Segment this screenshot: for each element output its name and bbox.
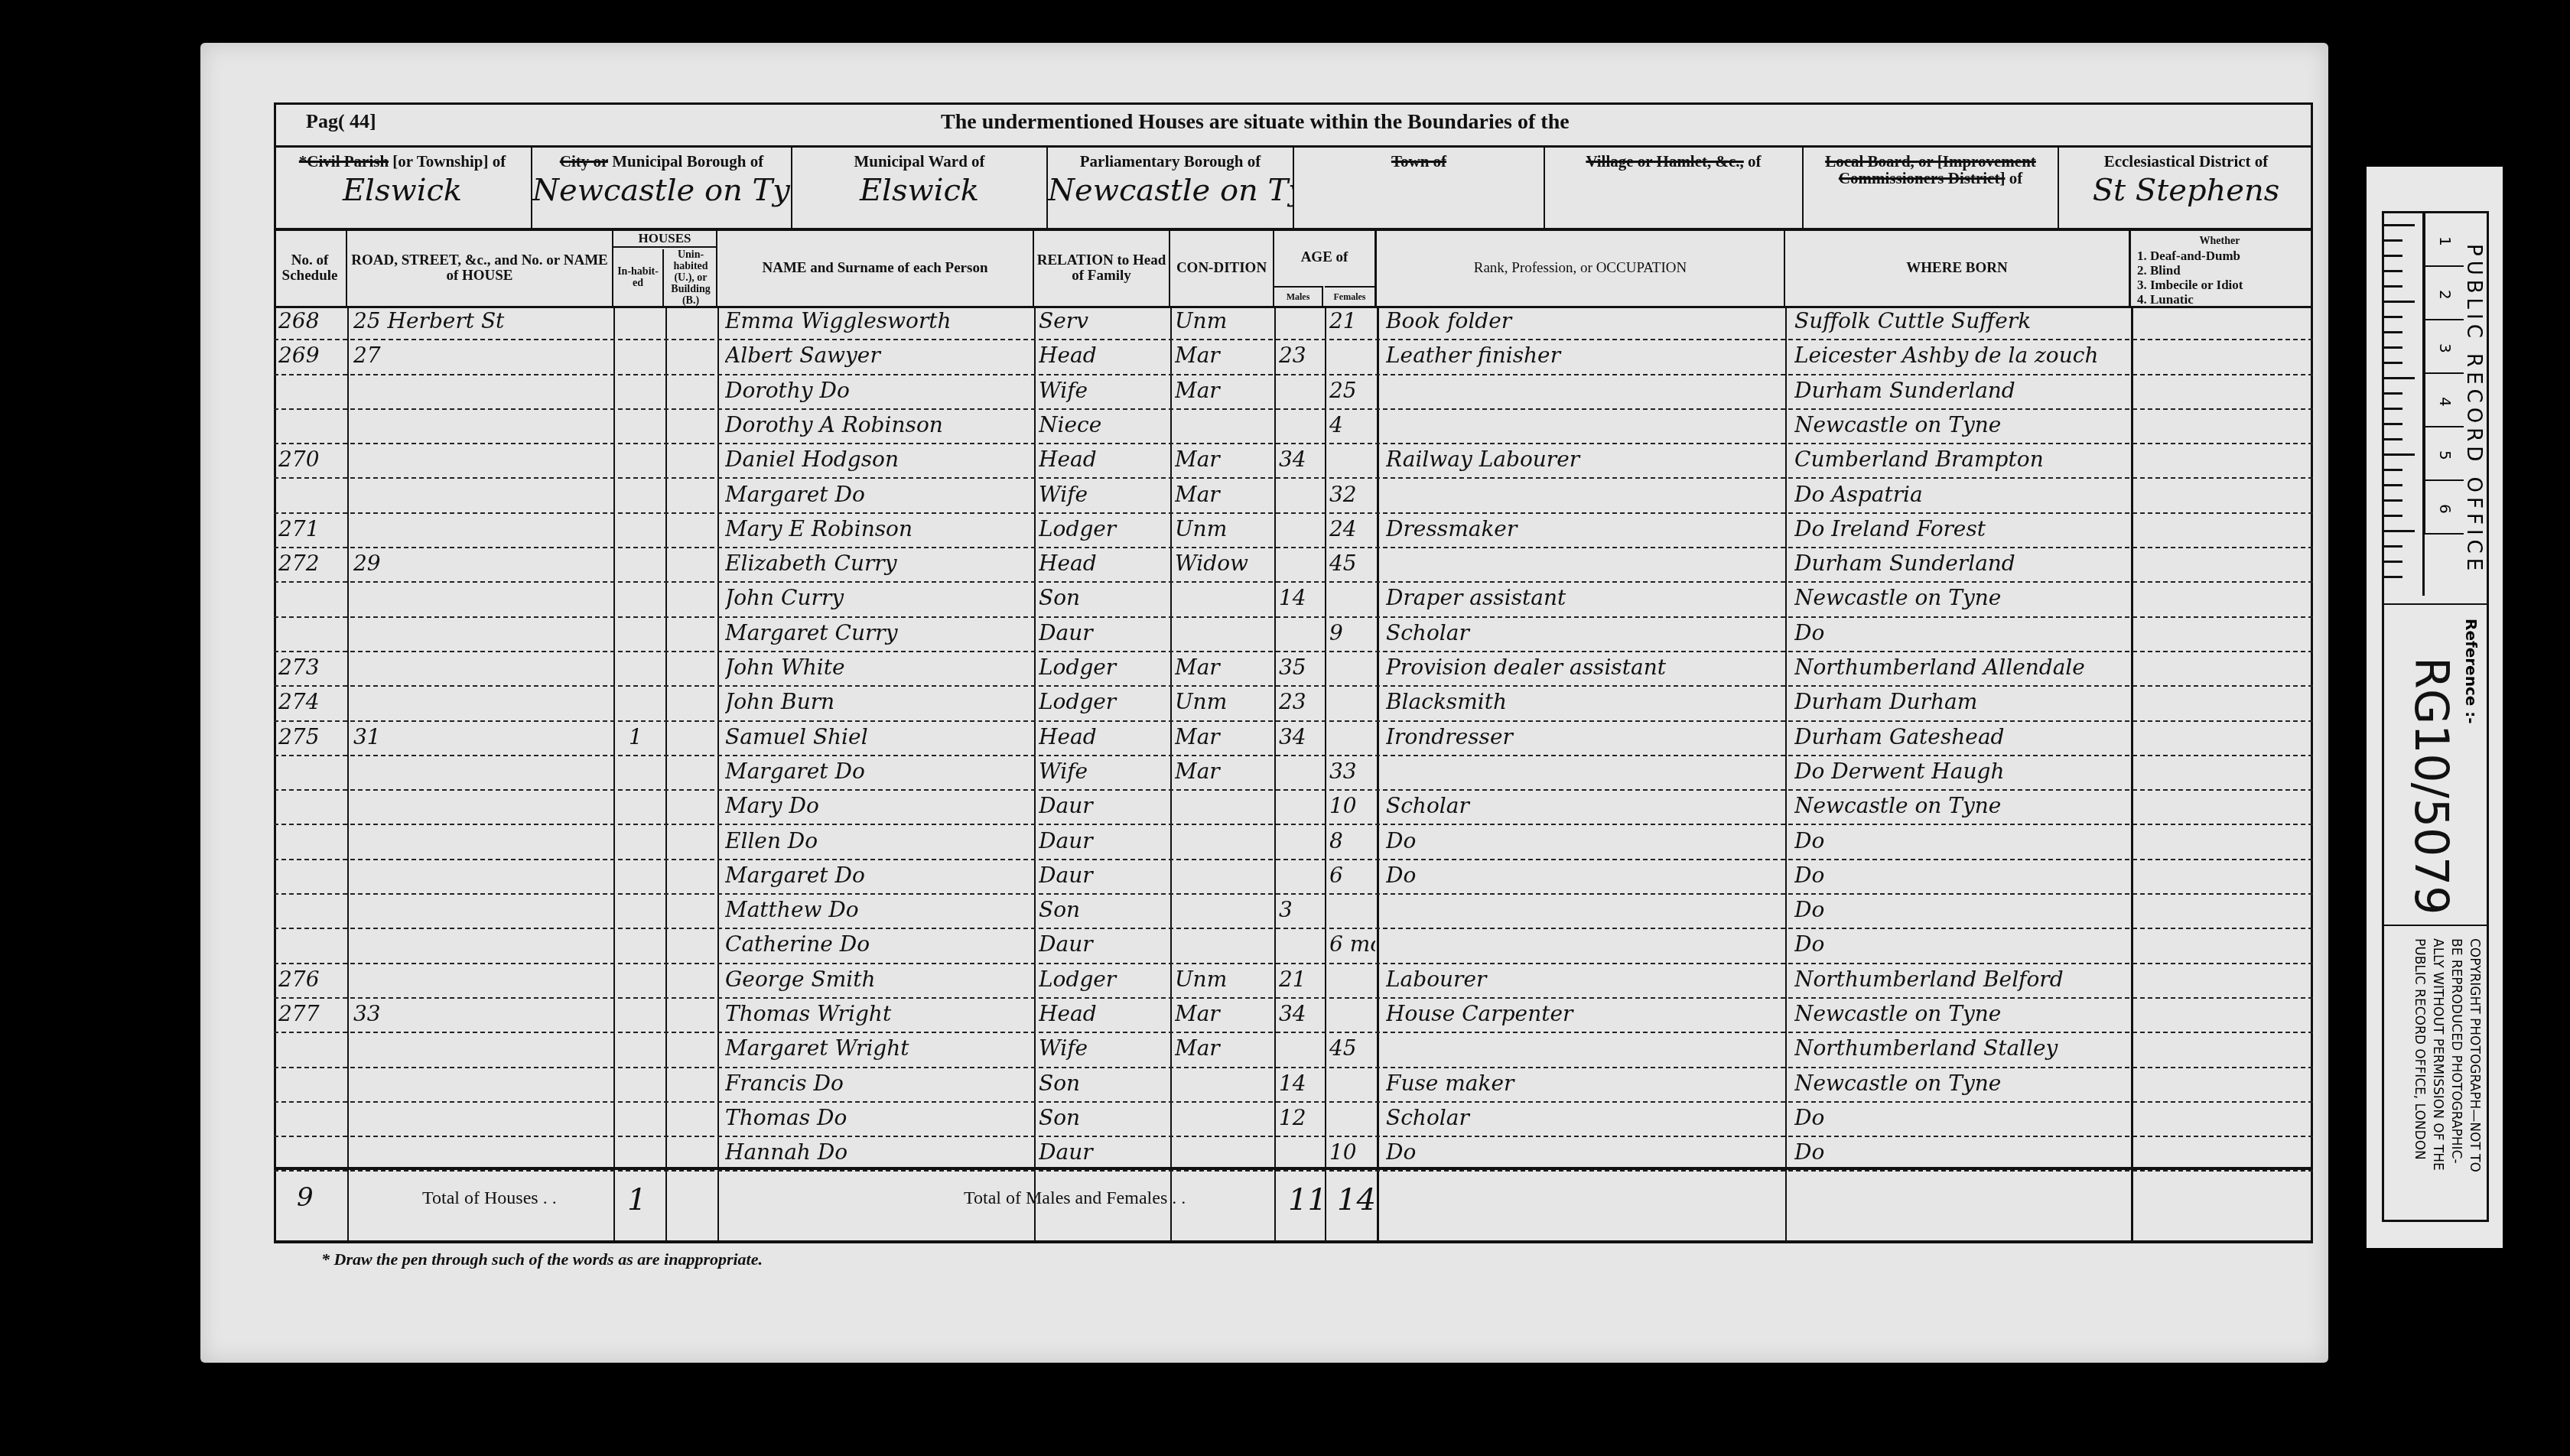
row-road <box>353 1104 613 1132</box>
row-schedule: 272 <box>278 550 347 577</box>
row-male-age <box>1279 1139 1325 1166</box>
row-relation: Daur <box>1039 862 1169 889</box>
boundary-label-text: Municipal Ward of <box>854 152 984 171</box>
row-occupation: Draper assistant <box>1386 584 1784 612</box>
boundary-label: Town of <box>1294 153 1544 170</box>
row-name: Hannah Do <box>725 1139 1031 1166</box>
row-name: Ellen Do <box>725 827 1031 855</box>
row-schedule <box>278 1139 347 1166</box>
row-road <box>353 1035 613 1062</box>
row-name: Elizabeth Curry <box>725 550 1031 577</box>
row-schedule <box>278 1035 347 1062</box>
row-female-age <box>1329 1104 1375 1132</box>
row-male-age: 23 <box>1279 342 1325 369</box>
row-name: Margaret Wright <box>725 1035 1031 1062</box>
row-relation: Daur <box>1039 931 1169 958</box>
row-condition <box>1175 792 1273 820</box>
row-female-age <box>1329 1070 1375 1097</box>
row-male-age <box>1279 515 1325 543</box>
row-inhabited <box>629 1070 675 1097</box>
row-name: Mary E Robinson <box>725 515 1031 543</box>
row-schedule: 269 <box>278 342 347 369</box>
table-row: Thomas DoSon12ScholarDo <box>274 1103 2313 1137</box>
row-where-born: Northumberland Stalley <box>1794 1035 2123 1062</box>
row-name: John White <box>725 654 1031 681</box>
row-inhabited: 1 <box>629 723 675 751</box>
page-number: Pag( 44] <box>306 110 376 133</box>
row-road <box>353 411 613 439</box>
row-female-age: 32 <box>1329 481 1375 509</box>
row-name: George Smith <box>725 966 1031 993</box>
row-female-age: 25 <box>1329 377 1375 405</box>
row-female-age <box>1329 654 1375 681</box>
copyright-line: COPYRIGHT PHOTOGRAPH—NOT TO <box>2467 938 2482 1172</box>
table-row: 275311Samuel ShielHeadMar34IrondresserDu… <box>274 722 2313 756</box>
archive-strip-frame: 123456 PUBLIC RECORD OFFICE Reference :-… <box>2382 211 2489 1222</box>
table-row: 276George SmithLodgerUnm21LabourerNorthu… <box>274 964 2313 999</box>
ruler-tick <box>2384 301 2415 303</box>
row-condition: Unm <box>1175 515 1273 543</box>
row-relation: Wife <box>1039 481 1169 509</box>
row-occupation <box>1386 896 1784 924</box>
table-row: 27229Elizabeth CurryHeadWidow45Durham Su… <box>274 548 2313 583</box>
row-female-age: 45 <box>1329 1035 1375 1062</box>
row-male-age: 35 <box>1279 654 1325 681</box>
row-where-born: Northumberland Belford <box>1794 966 2123 993</box>
row-name: John Curry <box>725 584 1031 612</box>
header-females: Females <box>1325 286 1374 306</box>
row-condition: Mar <box>1175 481 1273 509</box>
infirmity-option: 1. Deaf-and-Dumb <box>2137 249 2240 263</box>
row-condition: Mar <box>1175 446 1273 473</box>
row-inhabited <box>629 411 675 439</box>
row-where-born: Do Ireland Forest <box>1794 515 2123 543</box>
row-male-age <box>1279 758 1325 785</box>
boundary-value: St Stephens <box>2059 173 2313 208</box>
row-male-age <box>1279 862 1325 889</box>
row-female-age: 45 <box>1329 550 1375 577</box>
row-occupation <box>1386 377 1784 405</box>
ruler-tick <box>2384 239 2402 242</box>
row-condition: Widow <box>1175 550 1273 577</box>
row-relation: Head <box>1039 723 1169 751</box>
row-name: John Burn <box>725 688 1031 716</box>
row-schedule <box>278 896 347 924</box>
ruler-tick <box>2384 408 2402 410</box>
scale-box: 5 <box>2424 427 2464 481</box>
boundary-label-text: Municipal Borough of <box>612 152 763 171</box>
table-row: Margaret WrightWifeMar45Northumberland S… <box>274 1033 2313 1068</box>
row-occupation: Labourer <box>1386 966 1784 993</box>
boundary-value: Newcastle on Tyne <box>1048 173 1293 208</box>
scale-box: 6 <box>2424 481 2464 535</box>
header-occupation: Rank, Profession, or OCCUPATION <box>1377 231 1785 306</box>
row-relation: Son <box>1039 584 1169 612</box>
row-male-age <box>1279 1035 1325 1062</box>
row-where-born: Do <box>1794 1139 2123 1166</box>
row-female-age <box>1329 1000 1375 1028</box>
row-female-age <box>1329 584 1375 612</box>
row-name: Mary Do <box>725 792 1031 820</box>
boundary-label-struck: Village or Hamlet, &c., <box>1586 152 1743 171</box>
row-occupation <box>1386 481 1784 509</box>
table-row: John CurrySon14Draper assistantNewcastle… <box>274 583 2313 617</box>
row-road <box>353 481 613 509</box>
copyright-line: PUBLIC RECORD OFFICE, LONDON <box>2412 938 2427 1160</box>
row-female-age: 10 <box>1329 792 1375 820</box>
header-age-group: AGE of Males Females <box>1274 231 1377 306</box>
ruler-tick <box>2384 377 2415 379</box>
infirmity-option: 4. Lunatic <box>2137 292 2194 307</box>
row-where-born: Newcastle on Tyne <box>1794 1000 2123 1028</box>
row-occupation: Provision dealer assistant <box>1386 654 1784 681</box>
row-road: 27 <box>353 342 613 369</box>
row-occupation: Dressmaker <box>1386 515 1784 543</box>
row-relation: Daur <box>1039 792 1169 820</box>
boundary-label-text: of <box>1748 152 1762 171</box>
row-name: Albert Sawyer <box>725 342 1031 369</box>
total-persons-label: Total of Males and Females . . <box>964 1188 1186 1209</box>
ruler-tick <box>2384 576 2402 578</box>
header-inhabited: In-habit-ed <box>613 249 664 306</box>
header-relation: RELATION to Head of Family <box>1034 231 1170 306</box>
row-name: Catherine Do <box>725 931 1031 958</box>
row-road: 29 <box>353 550 613 577</box>
table-row: Margaret DoDaur6DoDo <box>274 860 2313 895</box>
row-inhabited <box>629 584 675 612</box>
row-occupation: Leather finisher <box>1386 342 1784 369</box>
row-relation: Lodger <box>1039 688 1169 716</box>
row-road <box>353 862 613 889</box>
row-male-age: 12 <box>1279 1104 1325 1132</box>
row-where-born: Do <box>1794 827 2123 855</box>
ruler-tick <box>2384 453 2415 456</box>
row-female-age <box>1329 342 1375 369</box>
header-condition: CON-DITION <box>1170 231 1274 306</box>
row-road <box>353 931 613 958</box>
row-where-born: Do Aspatria <box>1794 481 2123 509</box>
row-relation: Niece <box>1039 411 1169 439</box>
divider <box>2384 925 2487 926</box>
row-name: Thomas Wright <box>725 1000 1031 1028</box>
corner-mark: 9 <box>297 1182 314 1213</box>
total-males: 11 <box>1288 1182 1327 1217</box>
row-road <box>353 827 613 855</box>
ruler-tick <box>2384 392 2402 395</box>
boundary-cell: Village or Hamlet, &c., of <box>1545 147 1804 229</box>
row-schedule <box>278 792 347 820</box>
row-male-age <box>1279 792 1325 820</box>
row-relation: Lodger <box>1039 966 1169 993</box>
row-male-age <box>1279 619 1325 647</box>
boundary-label-text: Parliamentary Borough of <box>1080 152 1261 171</box>
row-occupation: Railway Labourer <box>1386 446 1784 473</box>
row-condition: Mar <box>1175 723 1273 751</box>
row-condition <box>1175 896 1273 924</box>
row-schedule: 276 <box>278 966 347 993</box>
table-row: Francis DoSon14Fuse makerNewcastle on Ty… <box>274 1068 2313 1103</box>
row-inhabited <box>629 550 675 577</box>
row-schedule <box>278 862 347 889</box>
row-male-age: 21 <box>1279 966 1325 993</box>
row-condition <box>1175 1104 1273 1132</box>
row-where-born: Leicester Ashby de la zouch <box>1794 342 2123 369</box>
boundary-cell: Parliamentary Borough ofNewcastle on Tyn… <box>1048 147 1294 229</box>
reference-value: RG10/5079 <box>2404 657 2458 915</box>
ruler-tick <box>2384 316 2402 318</box>
row-where-born: Do <box>1794 931 2123 958</box>
scale-number: 3 <box>2436 343 2455 353</box>
boundary-label-struck: Local Board, or [Improvement Commissione… <box>1825 152 2036 187</box>
row-inhabited <box>629 1139 675 1166</box>
row-female-age <box>1329 896 1375 924</box>
row-road: 25 Herbert St <box>353 307 613 335</box>
table-header: No. of Schedule ROAD, STREET, &c., and N… <box>274 231 2313 306</box>
boundary-cell: *Civil Parish [or Township] ofElswick <box>274 147 532 229</box>
boundary-label-struck: *Civil Parish <box>299 152 389 171</box>
ruler-tick <box>2384 362 2402 364</box>
row-occupation: Scholar <box>1386 1104 1784 1132</box>
row-male-age <box>1279 827 1325 855</box>
row-schedule <box>278 1070 347 1097</box>
row-road <box>353 896 613 924</box>
row-schedule <box>278 1104 347 1132</box>
row-inhabited <box>629 931 675 958</box>
row-male-age: 23 <box>1279 688 1325 716</box>
scale-box: 1 <box>2424 213 2464 267</box>
row-male-age <box>1279 411 1325 439</box>
row-where-born: Durham Gateshead <box>1794 723 2123 751</box>
row-female-age: 8 <box>1329 827 1375 855</box>
row-inhabited <box>629 446 675 473</box>
row-occupation: Scholar <box>1386 792 1784 820</box>
row-male-age: 3 <box>1279 896 1325 924</box>
table-row: 270Daniel HodgsonHeadMar34Railway Labour… <box>274 444 2313 479</box>
row-inhabited <box>629 481 675 509</box>
row-occupation <box>1386 411 1784 439</box>
row-name: Thomas Do <box>725 1104 1031 1132</box>
row-occupation <box>1386 758 1784 785</box>
ruler-tick <box>2384 255 2402 257</box>
row-condition <box>1175 827 1273 855</box>
header-males: Males <box>1274 286 1323 306</box>
divider <box>2384 603 2487 605</box>
row-inhabited <box>629 619 675 647</box>
infirmity-option: 3. Imbecile or Idiot <box>2137 278 2243 292</box>
copyright-line: BE REPRODUCED PHOTOGRAPHIC- <box>2448 938 2464 1164</box>
row-female-age <box>1329 688 1375 716</box>
row-road <box>353 619 613 647</box>
row-schedule <box>278 931 347 958</box>
row-female-age: 6 mos <box>1329 931 1375 958</box>
ruler-tick <box>2384 331 2402 333</box>
scale-number: 4 <box>2436 397 2455 407</box>
table-row: 26825 Herbert StEmma WigglesworthServUnm… <box>274 306 2313 340</box>
row-road <box>353 446 613 473</box>
row-condition: Unm <box>1175 688 1273 716</box>
table-row: 274John BurnLodgerUnm23BlacksmithDurham … <box>274 687 2313 721</box>
boundary-cell: Municipal Ward ofElswick <box>792 147 1048 229</box>
boundary-label-text: of <box>2009 169 2023 187</box>
row-name: Samuel Shiel <box>725 723 1031 751</box>
row-where-born: Northumberland Allendale <box>1794 654 2123 681</box>
boundary-value: Elswick <box>274 173 531 208</box>
copyright-line: ALLY WITHOUT PERMISSION OF THE <box>2430 938 2445 1171</box>
row-schedule: 277 <box>278 1000 347 1028</box>
row-where-born: Do <box>1794 862 2123 889</box>
row-inhabited <box>629 515 675 543</box>
form-title: The undermentioned Houses are situate wi… <box>941 110 1570 135</box>
row-occupation <box>1386 931 1784 958</box>
table-row: Dorothy A RobinsonNiece4Newcastle on Tyn… <box>274 410 2313 444</box>
row-female-age: 9 <box>1329 619 1375 647</box>
row-name: Dorothy Do <box>725 377 1031 405</box>
row-male-age: 14 <box>1279 1070 1325 1097</box>
scale-number: 6 <box>2436 504 2455 514</box>
row-occupation: Blacksmith <box>1386 688 1784 716</box>
row-schedule <box>278 411 347 439</box>
row-female-age <box>1329 446 1375 473</box>
row-name: Dorothy A Robinson <box>725 411 1031 439</box>
table-row: Ellen DoDaur8DoDo <box>274 826 2313 860</box>
row-inhabited <box>629 966 675 993</box>
boundary-cell: Town of <box>1294 147 1545 229</box>
table-row: Margaret DoWifeMar32Do Aspatria <box>274 479 2313 514</box>
row-road: 31 <box>353 723 613 751</box>
boundary-label: City or Municipal Borough of <box>532 153 791 170</box>
boundary-cell: Ecclesiastical District ofSt Stephens <box>2059 147 2313 229</box>
row-relation: Lodger <box>1039 515 1169 543</box>
row-schedule: 273 <box>278 654 347 681</box>
row-relation: Son <box>1039 896 1169 924</box>
row-relation: Wife <box>1039 758 1169 785</box>
row-where-born: Do Derwent Haugh <box>1794 758 2123 785</box>
infirmity-title: Whether <box>2200 234 2240 249</box>
total-houses-inhabited: 1 <box>627 1182 646 1217</box>
row-road <box>353 966 613 993</box>
row-name: Margaret Do <box>725 758 1031 785</box>
row-where-born: Newcastle on Tyne <box>1794 584 2123 612</box>
scale-box: 2 <box>2424 267 2464 320</box>
row-where-born: Newcastle on Tyne <box>1794 792 2123 820</box>
row-inhabited <box>629 654 675 681</box>
row-female-age: 21 <box>1329 307 1375 335</box>
header-houses-group: HOUSES In-habit-ed Unin-habited (U.), or… <box>613 231 717 306</box>
row-condition: Unm <box>1175 966 1273 993</box>
boundary-label: Parliamentary Borough of <box>1048 153 1293 170</box>
header-age: AGE of <box>1274 231 1374 284</box>
row-inhabited <box>629 758 675 785</box>
ruler-tick <box>2384 346 2402 349</box>
row-female-age: 10 <box>1329 1139 1375 1166</box>
row-relation: Lodger <box>1039 654 1169 681</box>
row-male-age <box>1279 550 1325 577</box>
scale-box: 3 <box>2424 320 2464 374</box>
row-male-age: 34 <box>1279 1000 1325 1028</box>
row-inhabited <box>629 1000 675 1028</box>
row-inhabited <box>629 1035 675 1062</box>
header-infirmity: Whether 1. Deaf-and-Dumb 2. Blind 3. Imb… <box>2131 231 2308 306</box>
footnote: * Draw the pen through such of the words… <box>321 1250 763 1269</box>
ruler-tick <box>2384 469 2402 471</box>
row-condition <box>1175 584 1273 612</box>
row-where-born: Durham Sunderland <box>1794 377 2123 405</box>
row-condition <box>1175 1070 1273 1097</box>
header-houses: HOUSES <box>613 231 716 248</box>
row-road <box>353 1139 613 1166</box>
row-schedule <box>278 827 347 855</box>
boundary-label-text: Ecclesiastical District of <box>2104 152 2269 171</box>
table-row: 271Mary E RobinsonLodgerUnm24DressmakerD… <box>274 514 2313 548</box>
row-inhabited <box>629 688 675 716</box>
row-male-age <box>1279 481 1325 509</box>
row-relation: Son <box>1039 1070 1169 1097</box>
row-schedule: 275 <box>278 723 347 751</box>
row-schedule: 268 <box>278 307 347 335</box>
archive-strip: 123456 PUBLIC RECORD OFFICE Reference :-… <box>2367 167 2503 1248</box>
row-where-born: Newcastle on Tyne <box>1794 411 2123 439</box>
scale-box: 4 <box>2424 374 2464 427</box>
row-male-age: 34 <box>1279 446 1325 473</box>
ruler-tick <box>2384 438 2402 440</box>
boundary-label-struck: Town of <box>1391 152 1446 171</box>
ruler-tick <box>2384 423 2402 425</box>
row-name: Francis Do <box>725 1070 1031 1097</box>
row-occupation: Scholar <box>1386 619 1784 647</box>
row-occupation: Book folder <box>1386 307 1784 335</box>
row-inhabited <box>629 1104 675 1132</box>
table-row: 273John WhiteLodgerMar35Provision dealer… <box>274 652 2313 687</box>
row-relation: Daur <box>1039 619 1169 647</box>
row-female-age: 24 <box>1329 515 1375 543</box>
row-where-born: Do <box>1794 619 2123 647</box>
row-condition: Mar <box>1175 654 1273 681</box>
table-row: Dorothy DoWifeMar25Durham Sunderland <box>274 375 2313 410</box>
row-name: Margaret Curry <box>725 619 1031 647</box>
row-condition: Unm <box>1175 307 1273 335</box>
row-occupation: House Carpenter <box>1386 1000 1784 1028</box>
row-schedule <box>278 619 347 647</box>
row-road <box>353 584 613 612</box>
row-occupation <box>1386 1035 1784 1062</box>
table-row: Catherine DoDaur6 mosDo <box>274 929 2313 964</box>
row-road <box>353 377 613 405</box>
table-row: 26927Albert SawyerHeadMar23Leather finis… <box>274 340 2313 375</box>
row-where-born: Durham Durham <box>1794 688 2123 716</box>
row-inhabited <box>629 377 675 405</box>
row-condition: Mar <box>1175 342 1273 369</box>
scale-number: 1 <box>2436 236 2455 246</box>
header-schedule: No. of Schedule <box>274 231 347 306</box>
row-road <box>353 654 613 681</box>
scale-ruler <box>2384 213 2425 596</box>
header-road: ROAD, STREET, &c., and No. or NAME of HO… <box>347 231 613 306</box>
row-occupation <box>1386 550 1784 577</box>
row-schedule <box>278 377 347 405</box>
row-condition: Mar <box>1175 758 1273 785</box>
row-inhabited <box>629 792 675 820</box>
row-condition <box>1175 931 1273 958</box>
row-occupation: Do <box>1386 827 1784 855</box>
row-schedule: 270 <box>278 446 347 473</box>
row-road <box>353 758 613 785</box>
row-relation: Head <box>1039 342 1169 369</box>
row-male-age <box>1279 377 1325 405</box>
divider <box>274 1240 2313 1243</box>
row-name: Daniel Hodgson <box>725 446 1031 473</box>
table-row: Margaret CurryDaur9ScholarDo <box>274 618 2313 652</box>
table-row: Mary DoDaur10ScholarNewcastle on Tyne <box>274 791 2313 825</box>
